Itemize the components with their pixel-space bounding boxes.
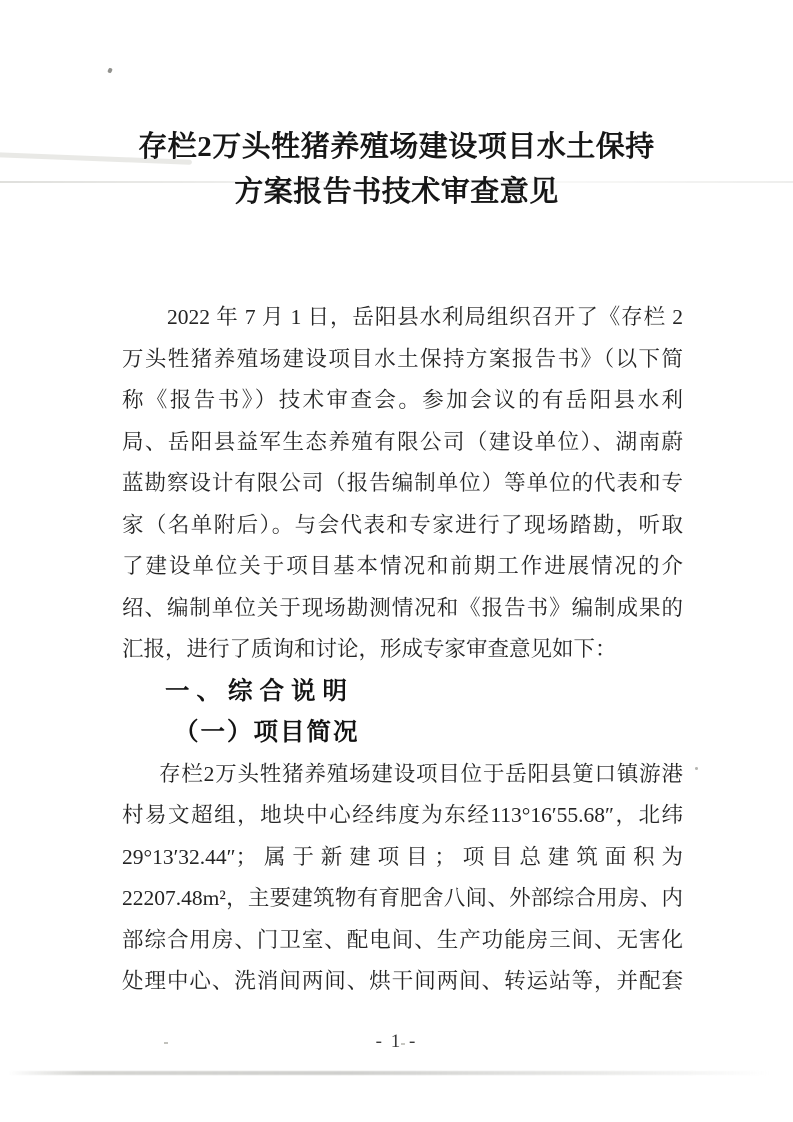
body-line: 汇报，进行了质询和讨论，形成专家审查意见如下： — [122, 629, 683, 671]
body-line: 局、岳阳县益军生态养殖有限公司（建设单位）、湖南蔚 — [122, 422, 683, 464]
body-line: 绍、编制单位关于现场勘测情况和《报告书》编制成果的 — [122, 588, 683, 630]
body-line: 村易文超组，地块中心经纬度为东经113°16′55.68″，北纬 — [122, 795, 683, 837]
scan-page-shadow — [8, 1071, 770, 1075]
body-line: 2022 年 7 月 1 日，岳阳县水利局组织召开了《存栏 2 — [122, 297, 683, 339]
page-number: - 1 - — [0, 1030, 793, 1054]
subsection-heading: （一）项目简况 — [122, 712, 683, 754]
document-body: 2022 年 7 月 1 日，岳阳县水利局组织召开了《存栏 2 万头牲猪养殖场建… — [122, 297, 683, 1003]
document-title: 存栏2万头牲猪养殖场建设项目水土保持 方案报告书技术审查意见 — [0, 125, 793, 215]
scanned-document-page: 存栏2万头牲猪养殖场建设项目水土保持 方案报告书技术审查意见 2022 年 7 … — [0, 0, 793, 1122]
body-line: 22207.48m²，主要建筑物有育肥舍八间、外部综合用房、内 — [122, 878, 683, 920]
scan-speck — [695, 767, 698, 770]
body-line: 部综合用房、门卫室、配电间、生产功能房三间、无害化 — [122, 920, 683, 962]
body-line: 称《报告书》）技术审查会。参加会议的有岳阳县水利 — [122, 380, 683, 422]
body-line: 处理中心、洗消间两间、烘干间两间、转运站等，并配套 — [122, 961, 683, 1003]
body-line: 29°13′32.44″；属于新建项目；项目总建筑面积为 — [122, 837, 683, 879]
body-line: 存栏2万头牲猪养殖场建设项目位于岳阳县筻口镇游港 — [122, 754, 683, 796]
body-line: 万头牲猪养殖场建设项目水土保持方案报告书》（以下简 — [122, 339, 683, 381]
document-title-line-2: 方案报告书技术审查意见 — [0, 170, 793, 215]
body-line: 家（名单附后）。与会代表和专家进行了现场踏勘，听取 — [122, 505, 683, 547]
document-title-line-1: 存栏2万头牲猪养殖场建设项目水土保持 — [0, 125, 793, 170]
body-line: 了建设单位关于项目基本情况和前期工作进展情况的介 — [122, 546, 683, 588]
section-heading: 一、综合说明 — [122, 671, 683, 713]
scan-speck — [107, 67, 113, 73]
body-line: 蓝勘察设计有限公司（报告编制单位）等单位的代表和专 — [122, 463, 683, 505]
